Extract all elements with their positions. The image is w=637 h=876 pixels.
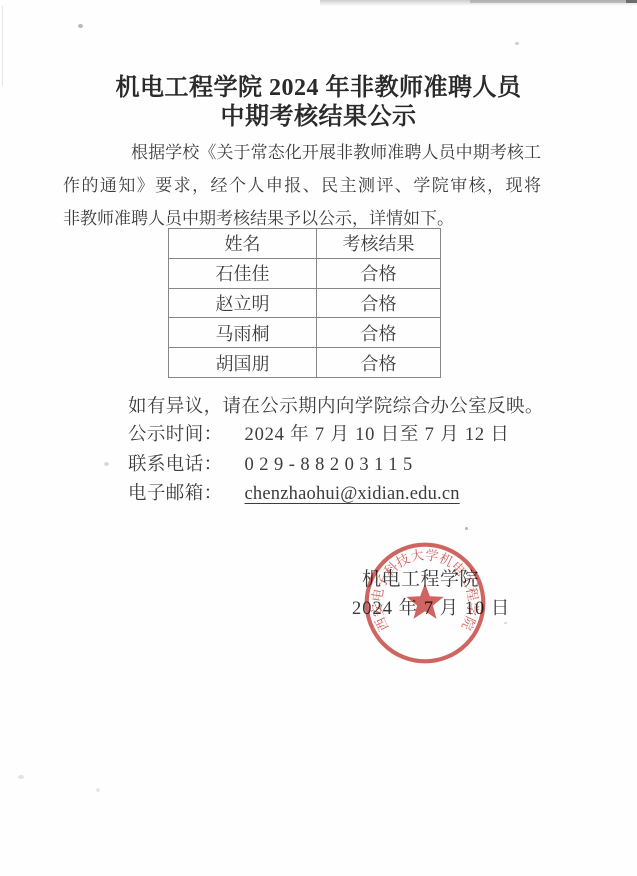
- scan-artifact-corner-dash: [626, 0, 637, 3]
- scan-speck: [78, 24, 83, 28]
- contact-email-line: 电子邮箱：chenzhaohui@xidian.edu.cn: [128, 479, 460, 505]
- column-header-name: 姓名: [169, 229, 317, 259]
- document-title: 机电工程学院 2024 年非教师准聘人员 中期考核结果公示: [0, 74, 637, 132]
- scanned-document-page: 机电工程学院 2024 年非教师准聘人员 中期考核结果公示 根据学校《关于常态化…: [0, 0, 637, 876]
- document-title-line1: 机电工程学院 2024 年非教师准聘人员: [0, 74, 637, 103]
- table-row: 石佳佳 合格: [169, 258, 441, 288]
- intro-paragraph-line1: 根据学校《关于常态化开展非教师准聘人员中期考核工: [63, 136, 541, 169]
- table-row: 马雨桐 合格: [169, 318, 441, 348]
- contact-email-value: chenzhaohui@xidian.edu.cn: [245, 484, 460, 504]
- official-seal: 西安电子科技大学机电工程学院: [361, 539, 489, 667]
- contact-phone-label: 联系电话：: [128, 455, 223, 475]
- table-row: 胡国朋 合格: [169, 348, 441, 378]
- results-table: 姓名 考核结果 石佳佳 合格 赵立明 合格 马雨桐 合格 胡国朋 合格: [168, 228, 441, 378]
- scan-speck: [504, 622, 507, 624]
- scan-speck: [104, 462, 109, 466]
- cell-result: 合格: [317, 288, 441, 318]
- publicity-period-label: 公示时间：: [128, 425, 223, 445]
- intro-paragraph-line2: 作的通知》要求，经个人申报、民主测评、学院审核，现将: [63, 169, 541, 202]
- publicity-period-line: 公示时间：2024 年 7 月 10 日至 7 月 12 日: [128, 420, 510, 446]
- table-row: 赵立明 合格: [169, 288, 441, 318]
- intro-paragraph: 根据学校《关于常态化开展非教师准聘人员中期考核工 作的通知》要求，经个人申报、民…: [63, 136, 541, 235]
- contact-email-label: 电子邮箱：: [128, 484, 223, 504]
- column-header-result: 考核结果: [317, 229, 441, 259]
- seal-star-icon: [406, 583, 443, 619]
- cell-name: 马雨桐: [169, 318, 317, 348]
- scan-speck: [18, 775, 24, 779]
- objection-note: 如有异议，请在公示期内向学院综合办公室反映。: [128, 392, 544, 418]
- cell-result: 合格: [317, 318, 441, 348]
- contact-phone-value: 029-88203115: [245, 455, 418, 475]
- scan-speck: [465, 527, 468, 530]
- cell-result: 合格: [317, 258, 441, 288]
- table-header-row: 姓名 考核结果: [169, 229, 441, 259]
- cell-result: 合格: [317, 348, 441, 378]
- document-title-line2: 中期考核结果公示: [0, 103, 637, 132]
- cell-name: 赵立明: [169, 288, 317, 318]
- cell-name: 石佳佳: [169, 258, 317, 288]
- scan-speck: [96, 788, 100, 792]
- scan-speck: [515, 42, 519, 45]
- scan-artifact-top-band-dark: [470, 0, 637, 3]
- cell-name: 胡国朋: [169, 348, 317, 378]
- contact-phone-line: 联系电话：029-88203115: [128, 450, 418, 476]
- publicity-period-value: 2024 年 7 月 10 日至 7 月 12 日: [245, 425, 510, 445]
